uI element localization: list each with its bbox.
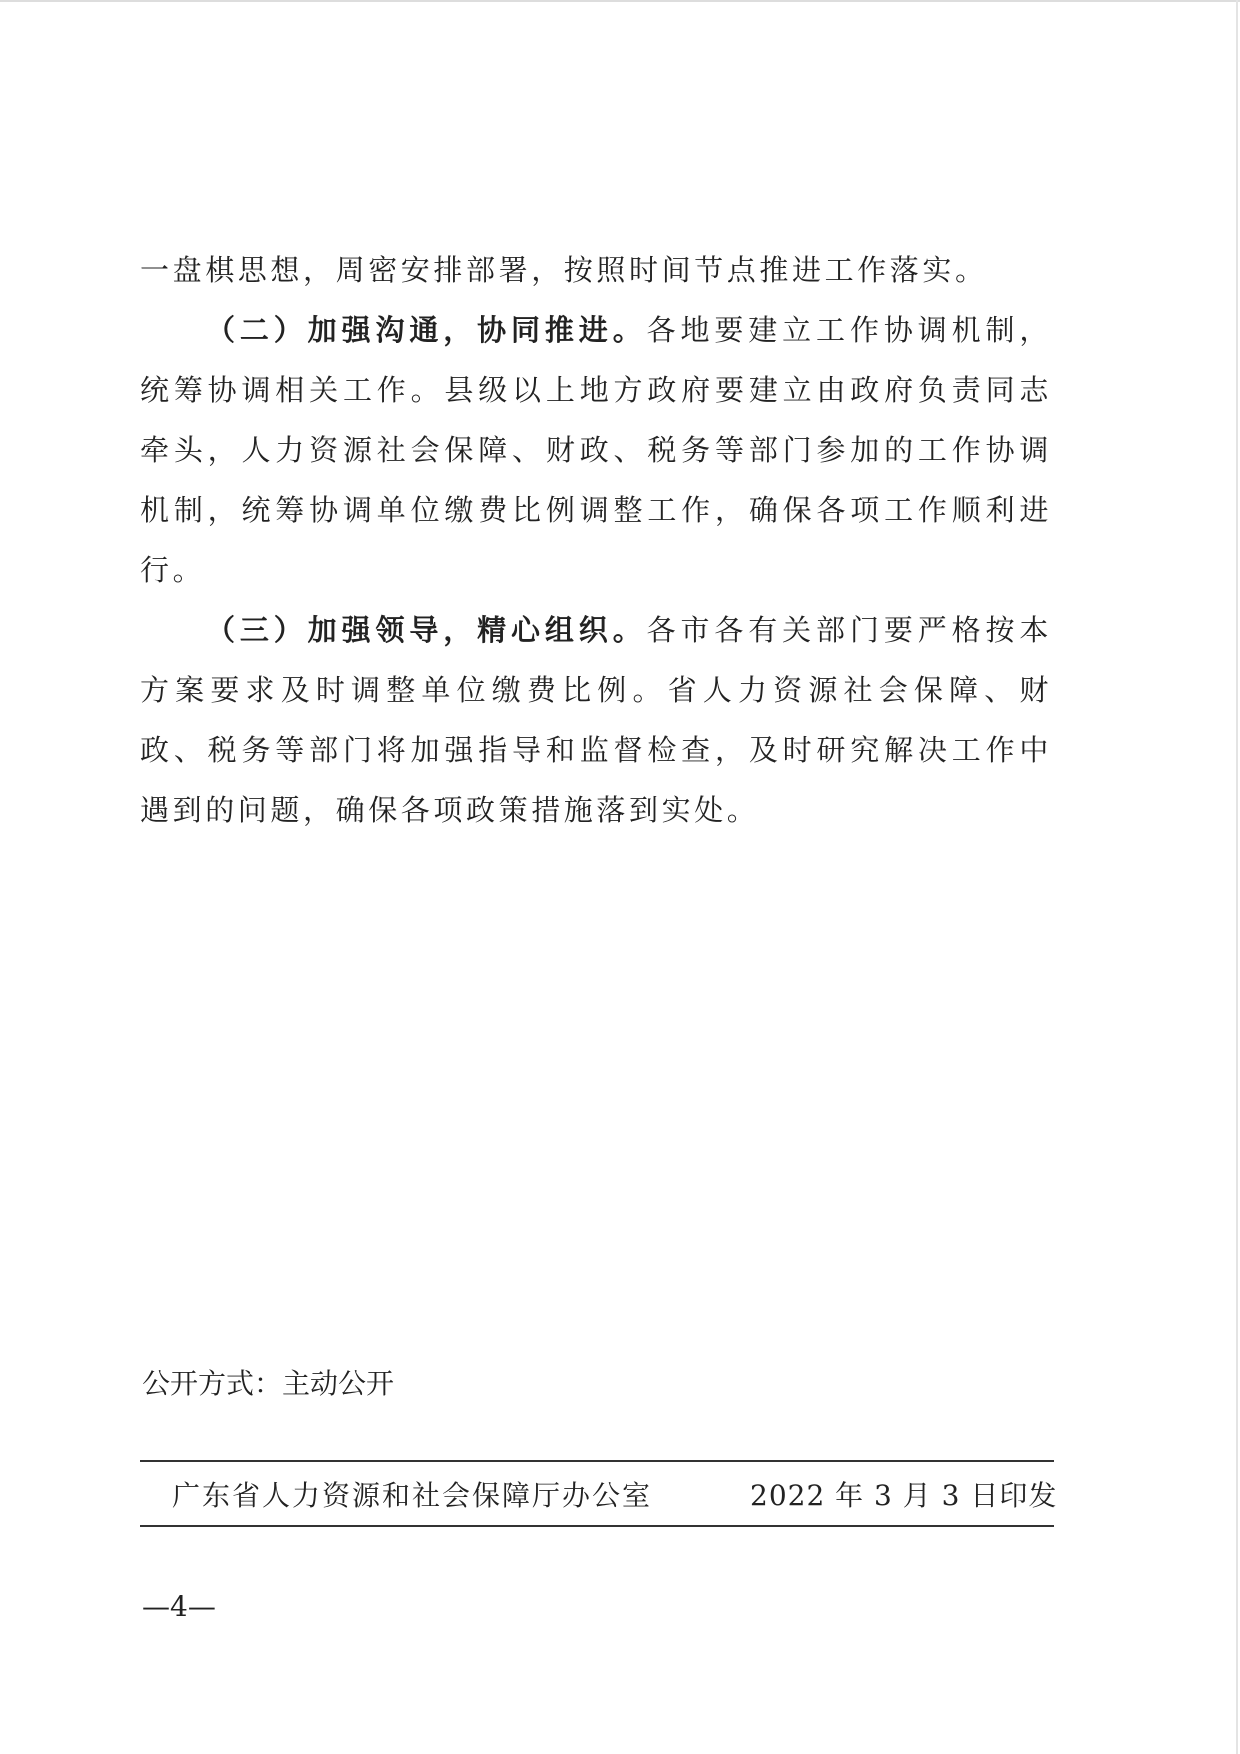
paragraph: （三）加强领导，精心组织。各市各有关部门要严格按本方案要求及时调整单位缴费比例。… — [140, 600, 1052, 840]
paragraph-heading: （二）加强沟通，协同推进。 — [206, 313, 647, 347]
page-edge — [1236, 0, 1238, 1754]
paragraph-text: 各地要建立工作协调机制，统筹协调相关工作。县级以上地方政府要建立由政府负责同志牵… — [140, 313, 1052, 587]
document-body: 一盘棋思想，周密安排部署，按照时间节点推进工作落实。 （二）加强沟通，协同推进。… — [140, 240, 1052, 840]
paragraph: （二）加强沟通，协同推进。各地要建立工作协调机制，统筹协调相关工作。县级以上地方… — [140, 300, 1052, 600]
paragraph-heading: （三）加强领导，精心组织。 — [206, 613, 647, 647]
divider — [140, 1525, 1054, 1527]
issue-date: 2022 年 3 月 3 日印发 — [750, 1474, 1057, 1514]
page-edge — [0, 0, 1240, 2]
page-number: —4— — [142, 1590, 216, 1623]
paragraph: 一盘棋思想，周密安排部署，按照时间节点推进工作落实。 — [140, 240, 1052, 300]
issuing-office: 广东省人力资源和社会保障厅办公室 — [172, 1474, 652, 1514]
paragraph-text: 一盘棋思想，周密安排部署，按照时间节点推进工作落实。 — [140, 253, 988, 287]
divider — [140, 1460, 1054, 1462]
disclosure-method: 公开方式：主动公开 — [142, 1362, 394, 1402]
